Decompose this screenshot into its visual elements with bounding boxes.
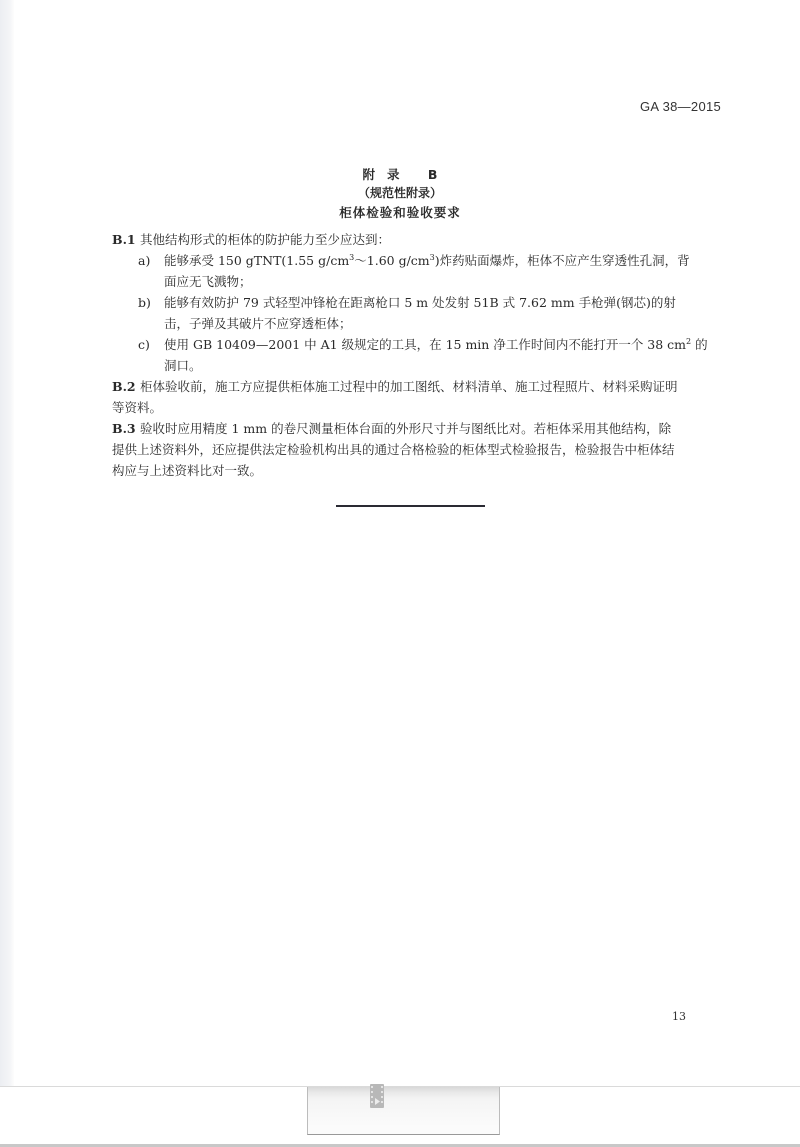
item-b-line-1: 能够有效防护 79 式轻型冲锋枪在距离枪口 5 m 处发射 51B 式 7.62… bbox=[164, 293, 676, 313]
item-a-text: )炸药贴面爆炸，柜体不应产生穿透性孔洞，背 bbox=[435, 253, 690, 268]
item-c-line-1: 使用 GB 10409—2001 中 A1 级规定的工具，在 15 min 净工… bbox=[164, 335, 708, 355]
appendix-heading: 柜体检验和验收要求 bbox=[0, 203, 800, 221]
appendix-subtitle: （规范性附录） bbox=[0, 184, 800, 201]
clause-b1: B.1其他结构形式的柜体的防护能力至少应达到： bbox=[112, 230, 390, 250]
clause-b2-line-2: 等资料。 bbox=[112, 398, 162, 418]
clause-b2: B.2柜体验收前，施工方应提供柜体施工过程中的加工图纸、材料清单、施工过程照片、… bbox=[112, 377, 678, 397]
media-placeholder-box bbox=[307, 1087, 500, 1135]
page-number: 13 bbox=[672, 1010, 686, 1023]
clause-number: B.3 bbox=[112, 419, 140, 439]
clause-number: B.1 bbox=[112, 230, 140, 250]
appendix-title: 附录 B bbox=[0, 165, 800, 183]
document-page bbox=[14, 0, 800, 1087]
appendix-title-text: 附录 B bbox=[351, 167, 450, 182]
item-a-line-2: 面应无飞溅物； bbox=[164, 272, 252, 292]
item-label-c: c) bbox=[138, 335, 150, 355]
item-c-line-2: 洞口。 bbox=[164, 356, 202, 376]
item-a-text: ～1.60 g/cm bbox=[354, 253, 429, 268]
item-b-line-2: 击，子弹及其破片不应穿透柜体； bbox=[164, 314, 352, 334]
item-label-b: b) bbox=[138, 293, 151, 313]
item-c-text: 使用 GB 10409—2001 中 A1 级规定的工具，在 15 min 净工… bbox=[164, 337, 686, 352]
document-code: GA 38—2015 bbox=[640, 99, 721, 114]
clause-text: 柜体验收前，施工方应提供柜体施工过程中的加工图纸、材料清单、施工过程照片、材料采… bbox=[140, 379, 678, 394]
clause-b3-line-2: 提供上述资料外，还应提供法定检验机构出具的通过合格检验的柜体型式检验报告，检验报… bbox=[112, 440, 675, 460]
clause-text: 其他结构形式的柜体的防护能力至少应达到： bbox=[140, 232, 390, 247]
item-label-a: a) bbox=[138, 251, 150, 271]
item-c-text: 的 bbox=[691, 337, 707, 352]
item-a-line-1: 能够承受 150 gTNT(1.55 g/cm3～1.60 g/cm3)炸药贴面… bbox=[164, 251, 690, 271]
clause-b3: B.3验收时应用精度 1 mm 的卷尺测量柜体台面的外形尺寸并与图纸比对。若柜体… bbox=[112, 419, 671, 439]
item-a-text: 能够承受 150 gTNT(1.55 g/cm bbox=[164, 253, 349, 268]
clause-text: 验收时应用精度 1 mm 的卷尺测量柜体台面的外形尺寸并与图纸比对。若柜体采用其… bbox=[140, 421, 671, 436]
end-of-appendix-rule bbox=[336, 505, 485, 507]
clause-b3-line-3: 构应与上述资料比对一致。 bbox=[112, 461, 262, 481]
film-strip-icon bbox=[369, 1084, 385, 1108]
clause-number: B.2 bbox=[112, 377, 140, 397]
